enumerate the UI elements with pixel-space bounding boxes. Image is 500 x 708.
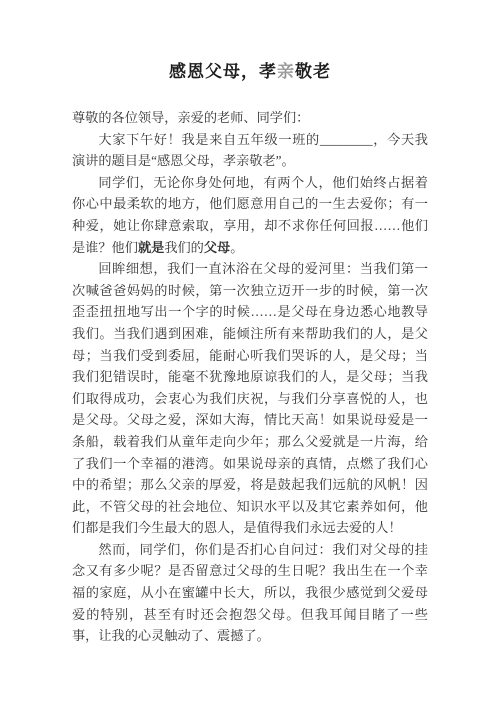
title-text-part2: 敬老 xyxy=(295,62,331,81)
paragraph-two-text-3: 。 xyxy=(230,240,243,255)
salutation-line: 尊敬的各位领导，亲爱的老师、同学们： xyxy=(72,107,428,129)
paragraph-two-text-2: 我们的 xyxy=(164,240,204,255)
title-text-accent: 亲 xyxy=(277,62,295,81)
paragraph-two: 同学们，无论你身处何地，有两个人，他们始终占据着你心中最柔软的地方，他们愿意用自… xyxy=(72,172,428,258)
title-text-part1: 感恩父母，孝 xyxy=(169,62,277,81)
paragraph-greeting: 大家下午好！我是来自五年级一班的________，今天我演讲的题目是“感恩父母，… xyxy=(72,129,428,172)
document-title: 感恩父母，孝亲敬老 xyxy=(0,0,500,83)
document-page: 感恩父母，孝亲敬老 尊敬的各位领导，亲爱的老师、同学们： 大家下午好！我是来自五… xyxy=(0,0,500,708)
paragraph-two-bold-2: 父母 xyxy=(204,240,230,255)
paragraph-two-bold-1: 就是 xyxy=(138,240,164,255)
paragraph-four: 然而，同学们，你们是否扪心自问过：我们对父母的挂念又有多少呢？是否留意过父母的生… xyxy=(72,539,428,647)
paragraph-three: 回眸细想，我们一直沐浴在父母的爱河里：当我们第一次喊爸爸妈妈的时候，第一次独立迈… xyxy=(72,258,428,539)
paragraph-two-text-1: 同学们，无论你身处何地，有两个人，他们始终占据着你心中最柔软的地方，他们愿意用自… xyxy=(72,175,428,255)
essay-body: 尊敬的各位领导，亲爱的老师、同学们： 大家下午好！我是来自五年级一班的_____… xyxy=(72,107,428,647)
